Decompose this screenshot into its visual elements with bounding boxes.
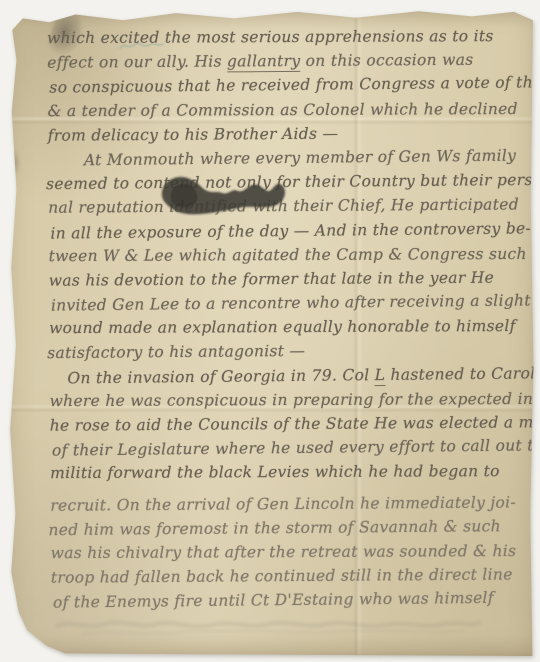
line-text: from delicacy to his Brother Aids —	[48, 124, 339, 144]
edge-smudge-left	[7, 148, 21, 178]
line-text: satisfactory to his antagonist —	[47, 342, 305, 362]
line-text: wound made an explanation equally honora…	[49, 317, 516, 337]
manuscript-line: On the invasion of Georgia in 79. Col L …	[51, 361, 533, 390]
manuscript-line: so conspicuous that he received from Con…	[49, 71, 531, 100]
line-text: On the invasion of Georgia in 79. Col	[67, 366, 374, 387]
bleed-through-ghost	[53, 614, 483, 642]
line-text: recruit. On the arrival of Gen Lincoln h…	[50, 493, 516, 514]
line-text: tween W & Lee which agitated the Camp & …	[49, 245, 527, 265]
manuscript-line: which excited the most serious apprehens…	[47, 24, 529, 50]
line-text: of their Legislature where he used every…	[52, 436, 540, 459]
line-text: At Monmouth where every member of Gen Ws…	[84, 146, 516, 169]
manuscript-paper: which excited the most serious apprehens…	[7, 8, 535, 656]
manuscript-line: in all the exposure of the day — And in …	[50, 216, 532, 245]
manuscript-line: & a tender of a Commission as Colonel wh…	[47, 96, 529, 122]
line-text: & a tender of a Commission as Colonel wh…	[48, 100, 518, 120]
manuscript-line: was his chivalry that after the retreat …	[51, 539, 533, 565]
manuscript-line: ned him was foremost in the storm of Sav…	[48, 514, 530, 542]
line-text: hastened to Carolina	[385, 364, 540, 384]
line-text: seemed to contend not only for their Cou…	[46, 171, 540, 193]
underlined-word: gallantry	[227, 52, 301, 73]
manuscript-line: militia forward the black Levies which h…	[50, 459, 532, 485]
manuscript-text: which excited the most serious apprehens…	[47, 23, 533, 614]
line-text: on this occasion was	[300, 51, 473, 70]
line-text: which excited the most serious apprehens…	[47, 27, 494, 47]
paper-sheet: which excited the most serious apprehens…	[7, 8, 535, 656]
line-text: where he was conspicuous in preparing fo…	[50, 389, 540, 409]
line-text: militia forward the black Levies which h…	[50, 462, 500, 482]
underlined-word: L	[375, 366, 386, 386]
ink-blot	[157, 170, 291, 224]
line-text: of the Enemys fire until Ct D'Estaing wh…	[53, 589, 494, 612]
line-text: invited Gen Lee to a rencontre who after…	[51, 291, 531, 314]
manuscript-line: where he was conspicuous in preparing fo…	[50, 387, 532, 413]
scan-background: which excited the most serious apprehens…	[0, 0, 540, 662]
manuscript-line: recruit. On the arrival of Gen Lincoln h…	[50, 490, 532, 518]
line-text: effect on our ally. His	[47, 53, 227, 72]
line-text: troop had fallen back he continued still…	[51, 566, 513, 587]
manuscript-line: of the Enemys fire until Ct D'Estaing wh…	[53, 586, 535, 615]
line-text: was his chivalry that after the retreat …	[51, 542, 517, 562]
line-text: he rose to aid the Councils of the State…	[50, 413, 540, 435]
line-text: ned him was foremost in the storm of Sav…	[48, 517, 501, 539]
manuscript-line: tween W & Lee which agitated the Camp & …	[49, 242, 531, 268]
line-text: was his devotion to the former that late…	[49, 268, 494, 289]
line-text: so conspicuous that he received from Con…	[49, 73, 540, 97]
